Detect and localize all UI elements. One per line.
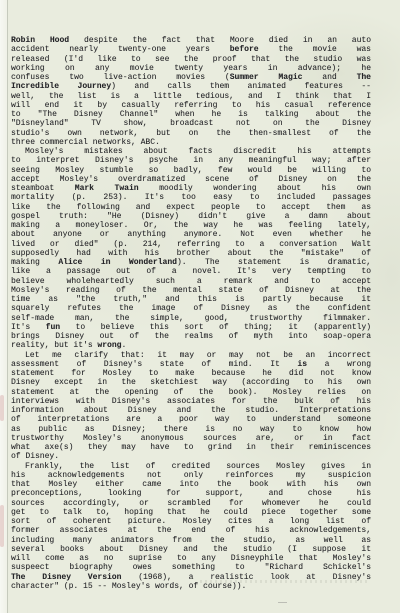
text-segment: statement for Mosley to make because he … [11, 369, 371, 378]
text-segment: like a passage out of a novel. It's very… [11, 267, 371, 276]
text-segment: will come as no suprise to any Disneyphi… [11, 554, 371, 563]
text-line: of Disney. [11, 452, 371, 461]
text-line: character" (p. 15 -- Mosley's words, of … [11, 582, 371, 591]
text-line: Mosley's mistakes about facts discredit … [11, 147, 371, 156]
text-segment: confuses two live-action movies ( [11, 73, 230, 82]
bold-text: is [297, 360, 307, 369]
text-segment: mortality (p. 253). It's too easy to inc… [11, 193, 371, 202]
text-line: including many animators from the studio… [11, 536, 371, 545]
text-segment: the movie was [259, 45, 371, 54]
text-segment: that Mosley either came into the book wi… [11, 480, 371, 489]
text-segment: suspeect biography owes something to "Ri… [11, 563, 371, 572]
text-segment: sort of coherent picture. Mosley cites a… [11, 517, 371, 526]
text-segment: including many animators from the studio… [11, 536, 371, 545]
text-segment: a wrong [307, 360, 371, 369]
text-segment: Let me clarify that: it may or may not b… [25, 351, 371, 360]
bold-text: fun [46, 323, 60, 332]
text-segment: making a moneyloser. Or, the way he was … [11, 221, 371, 230]
text-segment: several books about Disney and the studi… [11, 545, 371, 554]
text-segment: working on any movie twenty years in adv… [11, 64, 371, 73]
text-line: like the following and expect people to … [11, 203, 371, 212]
text-segment: gospel truth: "He (Disney) didn't give a… [11, 212, 371, 221]
text-line: what axe(s) they may have to grind in th… [11, 443, 371, 452]
text-segment: believe wholeheartedly such a remark and… [11, 277, 371, 286]
bold-text: wrong [97, 341, 121, 350]
text-segment: trustworthy Mosley's anonymous sources a… [11, 434, 371, 443]
text-segment: reality, but it's [11, 341, 97, 350]
text-segment: accept Mosley's overdramatized scene of … [11, 175, 371, 184]
text-segment: of Disney. [11, 452, 59, 461]
text-segment: It's [11, 323, 46, 332]
text-segment: information about Disney and the studio.… [11, 406, 371, 415]
text-line: studio's own network, but on the then-sm… [11, 129, 371, 138]
text-line: accept Mosley's overdramatized scene of … [11, 175, 371, 184]
text-segment: making [11, 258, 58, 267]
bold-text: The [357, 73, 371, 82]
text-segment: squarely refutes the image of Disney as … [11, 304, 371, 313]
text-line: brings Disney out of the realms of myth … [11, 332, 371, 341]
text-line: self-made man, the simple, good, trustwo… [11, 314, 371, 323]
text-line: get to talk to, hoping that he could pie… [11, 508, 371, 517]
text-line: steamboat Mark Twain moodily wondering a… [11, 184, 371, 193]
text-line: several books about Disney and the studi… [11, 545, 371, 554]
text-segment: character" (p. 15 -- Mosley's words, of … [11, 582, 246, 591]
text-segment: his acknowledgements not only reinforces… [11, 471, 371, 480]
text-line: Let me clarify that: it may or may not b… [11, 351, 371, 360]
text-segment: brings Disney out of the realms of myth … [11, 332, 371, 341]
paragraph: Frankly, the list of credited sources Mo… [11, 462, 371, 592]
text-segment: self-made man, the simple, good, trustwo… [11, 314, 371, 323]
text-line: It's fun to believe this sort of thing; … [11, 323, 371, 332]
text-line: assessment of Disney's state of mind. It… [11, 360, 371, 369]
text-line: three commercial networks, ABC. [11, 138, 371, 147]
text-line: trustworthy Mosley's anonymous sources a… [11, 434, 371, 443]
text-segment: ) and calls them animated features -- [111, 82, 371, 91]
text-segment: time as "the truth," and this is partly … [11, 295, 371, 304]
text-line: sort of coherent picture. Mosley cites a… [11, 517, 371, 526]
text-line: supposedly had with his brother about th… [11, 249, 371, 258]
text-line: well, the list is a little tedious, and … [11, 92, 371, 101]
text-segment: to interpret Disney's psyche in any mean… [11, 156, 371, 165]
bold-text: The Disney Version [11, 573, 121, 582]
text-segment: former associates at the end of his ackn… [11, 526, 371, 535]
text-line: will come as no suprise to any Disneyphi… [11, 554, 371, 563]
text-segment: ). The statement is dramatic, [177, 258, 371, 267]
text-line: as public as Disney; there is no way to … [11, 425, 371, 434]
text-segment: seeing Mosley stumble so badly, few woul… [11, 166, 371, 175]
bold-text: Alice in Wonderland [58, 258, 177, 267]
text-line: lived or died" (p. 214, referring to a c… [11, 240, 371, 249]
text-line: Incredible Journey) and calls them anima… [11, 82, 371, 91]
scan-mark [278, 602, 287, 603]
text-segment: sources accordingly, or scrambled for wh… [11, 499, 371, 508]
text-line: Disney except in the sketchiest way (acc… [11, 378, 371, 387]
text-line: will end it by casually referring to his… [11, 101, 371, 110]
text-line: his acknowledgements not only reinforces… [11, 471, 371, 480]
text-line: to interpret Disney's psyche in any mean… [11, 156, 371, 165]
text-line: to "The Disney Channel" when he is talki… [11, 110, 371, 119]
text-segment: interviews with Disney's associates for … [11, 397, 371, 406]
text-segment: will end it by casually referring to his… [11, 101, 371, 110]
document-text: Robin Hood despite the fact that Moore d… [11, 36, 371, 591]
text-line: Frankly, the list of credited sources Mo… [11, 462, 371, 471]
scan-smudge [0, 505, 4, 547]
text-line: of interpretations are a poor way to und… [11, 415, 371, 424]
text-segment: studio's own network, but on the then-sm… [11, 129, 371, 138]
text-line: "Disneyland" TV show, broadcast not on t… [11, 119, 371, 128]
bold-text: Incredible Journey [11, 82, 111, 91]
text-line: preconceptions, looking for support, and… [11, 489, 371, 498]
text-segment: Mosley's mistakes about facts discredit … [25, 147, 371, 156]
text-segment: of interpretations are a poor way to und… [11, 415, 371, 424]
bold-text: Summer Magic [230, 73, 303, 82]
text-segment: about anyone or anything anymore. Not ev… [11, 230, 371, 239]
text-line: reality, but it's wrong. [11, 341, 371, 350]
text-line: former associates at the end of his ackn… [11, 526, 371, 535]
text-segment: get to talk to, hoping that he could pie… [11, 508, 371, 517]
bold-text: Robin Hood [11, 36, 69, 45]
text-line: released (I'd like to see the proof that… [11, 55, 371, 64]
text-segment: Disney except in the sketchiest way (acc… [11, 378, 371, 387]
text-line: squarely refutes the image of Disney as … [11, 304, 371, 313]
text-segment: as public as Disney; there is no way to … [11, 425, 371, 434]
text-line: confuses two live-action movies (Summer … [11, 73, 371, 82]
text-segment: statement at the opening of the book). M… [11, 388, 371, 397]
text-line: accident nearly twenty-one years before … [11, 45, 371, 54]
text-segment: what axe(s) they may have to grind in th… [11, 443, 371, 452]
text-segment: . [121, 341, 126, 350]
text-line: making Alice in Wonderland). The stateme… [11, 258, 371, 267]
text-line: mortality (p. 253). It's too easy to inc… [11, 193, 371, 202]
text-segment: despite the fact that Moore died in an a… [69, 36, 371, 45]
scanned-page: Robin Hood despite the fact that Moore d… [0, 0, 400, 613]
text-segment: like the following and expect people to … [11, 203, 371, 212]
text-segment: supposedly had with his brother about th… [11, 249, 371, 258]
paragraph: Let me clarify that: it may or may not b… [11, 351, 371, 462]
text-line: like a passage out of a novel. It's very… [11, 267, 371, 276]
text-line: seeing Mosley stumble so badly, few woul… [11, 166, 371, 175]
text-line: Robin Hood despite the fact that Moore d… [11, 36, 371, 45]
text-line: statement for Mosley to make because he … [11, 369, 371, 378]
text-segment: well, the list is a little tedious, and … [11, 92, 371, 101]
text-line: time as "the truth," and this is partly … [11, 295, 371, 304]
text-segment: to believe this sort of thing; it (appar… [60, 323, 371, 332]
paragraph: Robin Hood despite the fact that Moore d… [11, 36, 371, 147]
text-line: working on any movie twenty years in adv… [11, 64, 371, 73]
bold-text: Mark Twain [75, 184, 139, 193]
text-line: suspeect biography owes something to "Ri… [11, 563, 371, 572]
text-segment: and [302, 73, 356, 82]
text-line: statement at the opening of the book). M… [11, 388, 371, 397]
text-line: The Disney Version (1968), a realistic l… [11, 573, 371, 582]
text-line: Mosley's reading of the mental state of … [11, 286, 371, 295]
text-line: information about Disney and the studio.… [11, 406, 371, 415]
text-line: gospel truth: "He (Disney) didn't give a… [11, 212, 371, 221]
text-segment: released (I'd like to see the proof that… [11, 55, 371, 64]
text-line: making a moneyloser. Or, the way he was … [11, 221, 371, 230]
text-segment: lived or died" (p. 214, referring to a c… [11, 240, 371, 249]
text-segment: accident nearly twenty-one years [11, 45, 230, 54]
text-line: that Mosley either came into the book wi… [11, 480, 371, 489]
text-segment: preconceptions, looking for support, and… [11, 489, 371, 498]
text-line: about anyone or anything anymore. Not ev… [11, 230, 371, 239]
text-line: believe wholeheartedly such a remark and… [11, 277, 371, 286]
text-segment: (1968), a realistic look at Disney's [121, 573, 371, 582]
text-segment: to "The Disney Channel" when he is talki… [11, 110, 371, 119]
text-line: sources accordingly, or scrambled for wh… [11, 499, 371, 508]
text-segment: steamboat [11, 184, 75, 193]
paragraph: Mosley's mistakes about facts discredit … [11, 147, 371, 351]
text-segment: moodily wondering about his own [139, 184, 371, 193]
text-segment: "Disneyland" TV show, broadcast not on t… [11, 119, 371, 128]
bold-text: before [230, 45, 259, 54]
text-segment: Frankly, the list of credited sources Mo… [25, 462, 371, 471]
scan-smudge [0, 395, 4, 421]
text-segment: Mosley's reading of the mental state of … [11, 286, 371, 295]
text-segment: three commercial networks, ABC. [11, 138, 160, 147]
text-segment: assessment of Disney's state of mind. It [11, 360, 297, 369]
text-line: interviews with Disney's associates for … [11, 397, 371, 406]
